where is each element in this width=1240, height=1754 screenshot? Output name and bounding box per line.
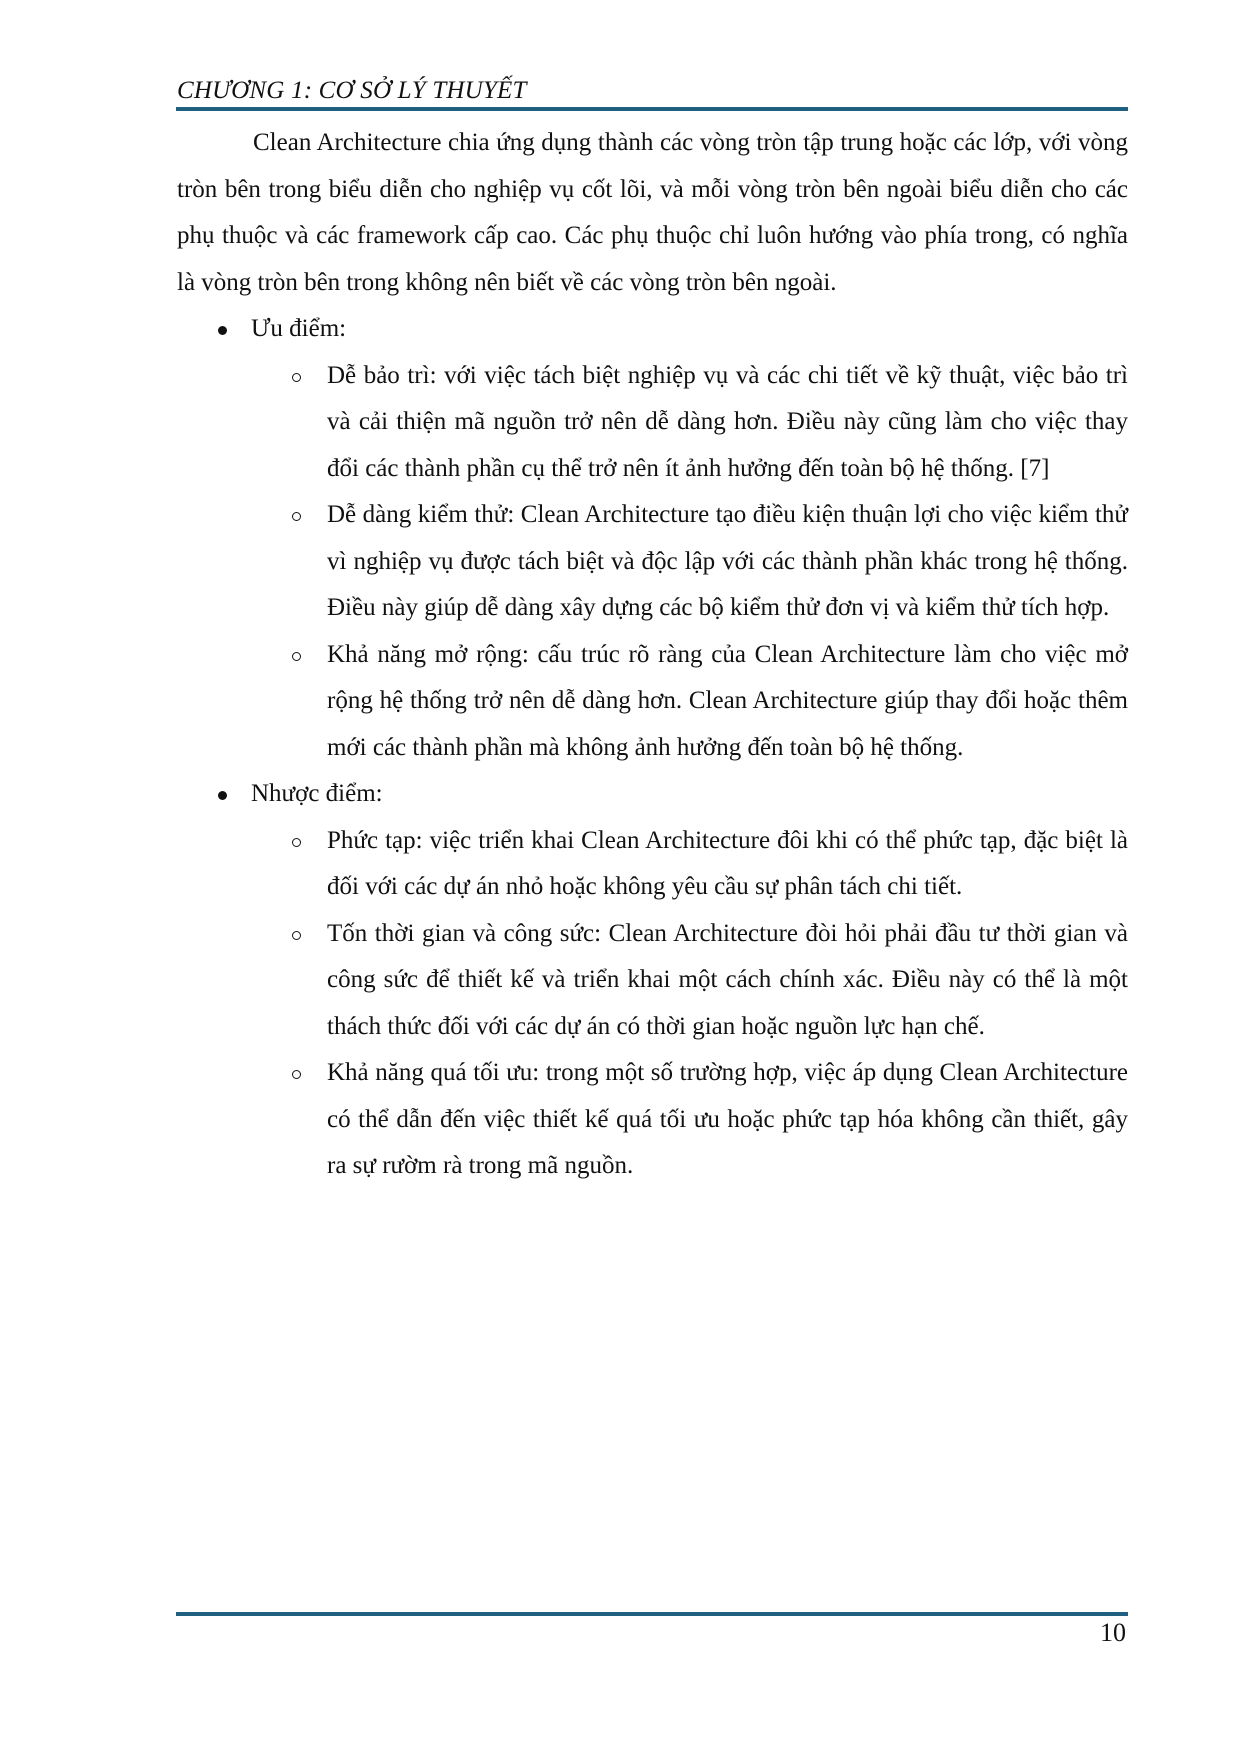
page-number: 10 xyxy=(1100,1618,1126,1648)
section-heading: Nhược điểm: xyxy=(251,771,1128,818)
section-heading: Ưu điểm: xyxy=(251,306,1128,353)
hollow-bullet-icon xyxy=(292,838,301,847)
list-item-text: Khả năng quá tối ưu: trong một số trường… xyxy=(327,1059,1128,1179)
list-item: Dễ bảo trì: với việc tách biệt nghiệp vụ… xyxy=(327,353,1128,493)
filled-bullet-icon xyxy=(218,326,227,335)
list-item-text: Dễ dàng kiểm thử: Clean Architecture tạo… xyxy=(327,501,1128,621)
header-divider xyxy=(176,107,1128,111)
intro-paragraph: Clean Architecture chia ứng dụng thành c… xyxy=(177,120,1128,306)
list-item: Phức tạp: việc triển khai Clean Architec… xyxy=(327,818,1128,911)
hollow-bullet-icon xyxy=(292,512,301,521)
list-item-text: Phức tạp: việc triển khai Clean Architec… xyxy=(327,827,1128,901)
footer-divider xyxy=(176,1612,1128,1616)
advantages-list: Dễ bảo trì: với việc tách biệt nghiệp vụ… xyxy=(251,353,1128,772)
list-item-text: Tốn thời gian và công sức: Clean Archite… xyxy=(327,920,1128,1040)
section-disadvantages: Nhược điểm: Phức tạp: việc triển khai Cl… xyxy=(177,771,1128,1190)
page-body: Clean Architecture chia ứng dụng thành c… xyxy=(177,120,1128,1190)
hollow-bullet-icon xyxy=(292,931,301,940)
list-item: Tốn thời gian và công sức: Clean Archite… xyxy=(327,911,1128,1051)
hollow-bullet-icon xyxy=(292,1070,301,1079)
chapter-header: CHƯƠNG 1: CƠ SỞ LÝ THUYẾT xyxy=(177,76,527,106)
list-item-text: Dễ bảo trì: với việc tách biệt nghiệp vụ… xyxy=(327,362,1128,482)
hollow-bullet-icon xyxy=(292,652,301,661)
list-item: Dễ dàng kiểm thử: Clean Architecture tạo… xyxy=(327,492,1128,632)
list-item: Khả năng quá tối ưu: trong một số trường… xyxy=(327,1050,1128,1190)
list-item: Khả năng mở rộng: cấu trúc rõ ràng của C… xyxy=(327,632,1128,772)
list-item-text: Khả năng mở rộng: cấu trúc rõ ràng của C… xyxy=(327,641,1128,761)
section-list: Ưu điểm: Dễ bảo trì: với việc tách biệt … xyxy=(177,306,1128,1190)
hollow-bullet-icon xyxy=(292,373,301,382)
filled-bullet-icon xyxy=(218,791,227,800)
section-advantages: Ưu điểm: Dễ bảo trì: với việc tách biệt … xyxy=(177,306,1128,771)
disadvantages-list: Phức tạp: việc triển khai Clean Architec… xyxy=(251,818,1128,1190)
